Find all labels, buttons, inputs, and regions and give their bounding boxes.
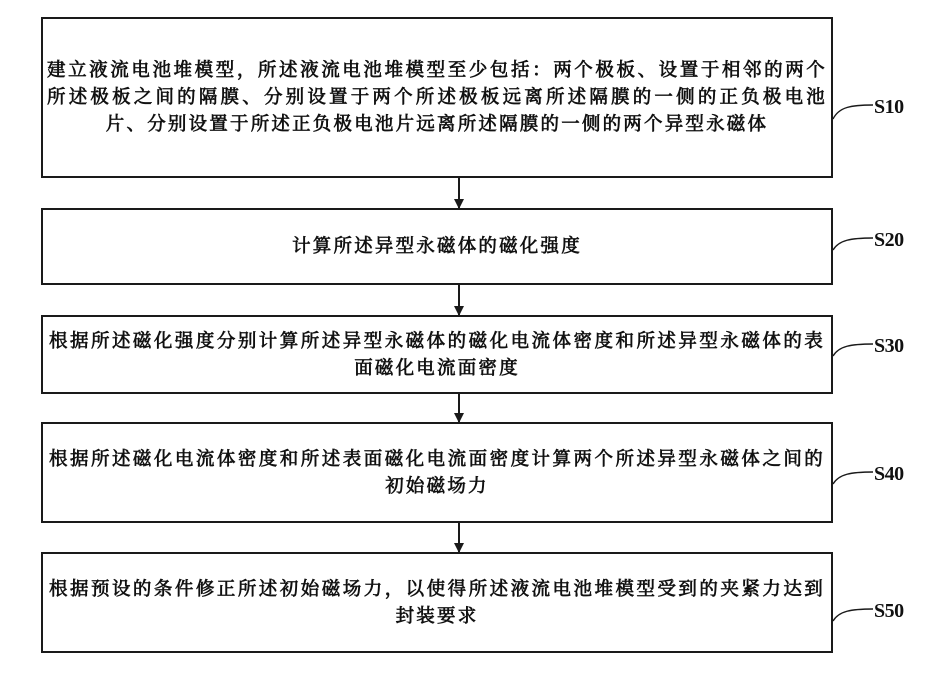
arrow-s40-to-s50 [458, 523, 460, 552]
step-box-s20: 计算所述异型永磁体的磁化强度 [41, 208, 833, 285]
step-label-s20: S20 [874, 229, 904, 252]
step-box-s40: 根据所述磁化电流体密度和所述表面磁化电流面密度计算两个所述异型永磁体之间的初始磁… [41, 422, 833, 523]
arrow-s30-to-s40 [458, 394, 460, 422]
arrow-s10-to-s20 [458, 178, 460, 208]
step-box-s30: 根据所述磁化强度分别计算所述异型永磁体的磁化电流体密度和所述异型永磁体的表面磁化… [41, 315, 833, 394]
step-text-s30: 根据所述磁化强度分别计算所述异型永磁体的磁化电流体密度和所述异型永磁体的表面磁化… [43, 328, 831, 382]
step-text-s50: 根据预设的条件修正所述初始磁场力，以使得所述液流电池堆模型受到的夹紧力达到封装要… [43, 576, 831, 630]
step-text-s40: 根据所述磁化电流体密度和所述表面磁化电流面密度计算两个所述异型永磁体之间的初始磁… [43, 446, 831, 500]
step-text-s10: 建立液流电池堆模型，所述液流电池堆模型至少包括：两个极板、设置于相邻的两个所述极… [43, 57, 831, 138]
step-box-s50: 根据预设的条件修正所述初始磁场力，以使得所述液流电池堆模型受到的夹紧力达到封装要… [41, 552, 833, 653]
step-label-s50: S50 [874, 600, 904, 623]
step-text-s20: 计算所述异型永磁体的磁化强度 [43, 233, 831, 260]
step-label-s10: S10 [874, 96, 904, 119]
step-label-s40: S40 [874, 463, 904, 486]
step-label-s30: S30 [874, 335, 904, 358]
arrow-s20-to-s30 [458, 285, 460, 315]
step-box-s10: 建立液流电池堆模型，所述液流电池堆模型至少包括：两个极板、设置于相邻的两个所述极… [41, 17, 833, 178]
